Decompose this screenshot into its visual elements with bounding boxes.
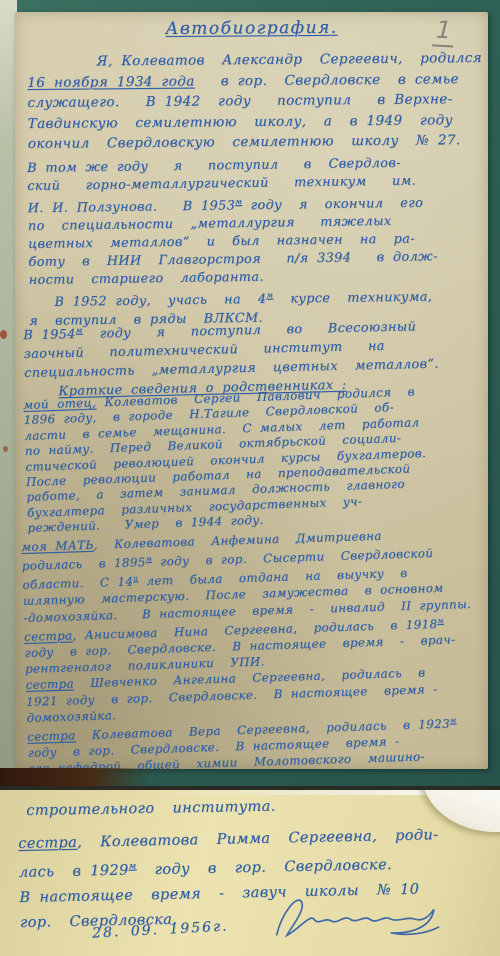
paragraph-education: В том же году я поступил в Свердлов-ский… xyxy=(27,154,439,330)
page-1-photo: Автобиография. 1 Я, Колеватов Александр … xyxy=(0,0,500,790)
paragraph-continuation: строительного института. xyxy=(26,794,276,824)
paragraph-father: мой отец, Колеватов Сергей Павлович роди… xyxy=(23,384,429,537)
paragraph-mother-sisters: моя МАТЬ, Колеватова Анфемина Дмитриевна… xyxy=(21,525,476,769)
signature-flourish xyxy=(267,881,447,945)
document-title: Автобиография. xyxy=(15,17,488,40)
document-photo: Автобиография. 1 Я, Колеватов Александр … xyxy=(0,0,500,956)
page-1-paper: Автобиография. 1 Я, Колеватов Александр … xyxy=(15,12,488,769)
paper-stain xyxy=(0,330,7,339)
paper-stain xyxy=(3,446,8,452)
paragraph-intro: Я, Колеватов Александр Сергеевич, родилс… xyxy=(27,48,483,154)
handwritten-line: окончил Свердловскую семилетнюю школу № … xyxy=(28,130,483,154)
page-number: 1 xyxy=(432,15,455,44)
handwritten-line: строительного института. xyxy=(26,794,276,824)
document-title-text: Автобиография. xyxy=(165,18,337,39)
page-2-photo: строительного института. сестра, Колеват… xyxy=(0,790,500,956)
page-number-text: 1 xyxy=(432,15,455,47)
